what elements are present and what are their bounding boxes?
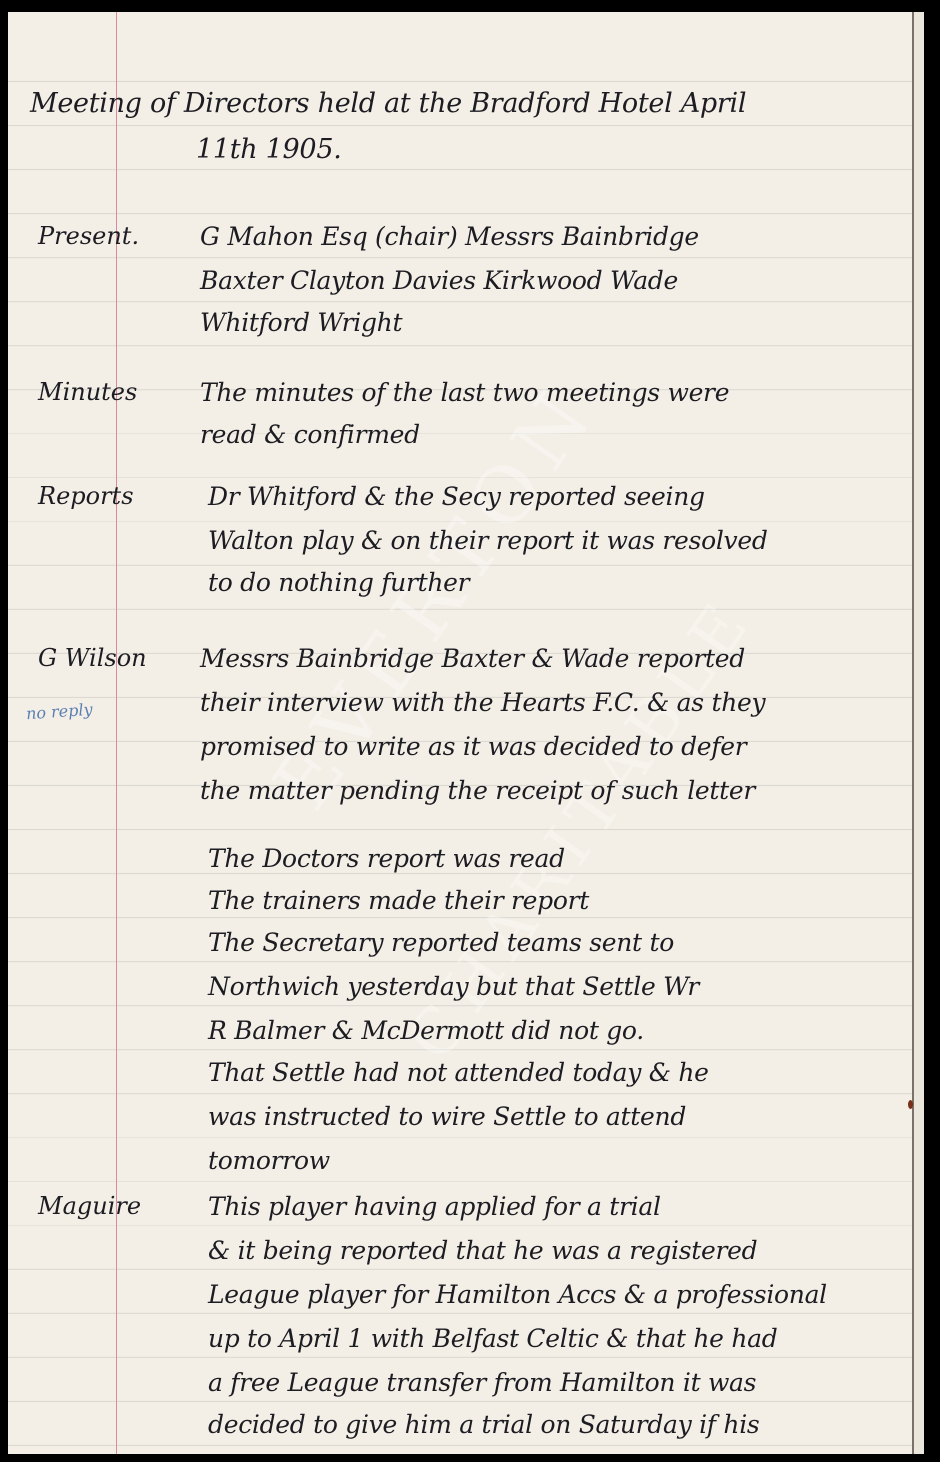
present-line: Baxter Clayton Davies Kirkwood Wade <box>200 266 678 295</box>
general-report-line: Northwich yesterday but that Settle Wr <box>208 972 699 1001</box>
heading-line-2: 11th 1905. <box>196 134 341 165</box>
present-line: Whitford Wright <box>200 308 402 337</box>
general-report-line: tomorrow <box>208 1146 330 1175</box>
maguire-line: This player having applied for a trial <box>208 1192 661 1221</box>
g-wilson-line: their interview with the Hearts F.C. & a… <box>200 688 765 717</box>
page-edge <box>912 12 924 1454</box>
present-line: G Mahon Esq (chair) Messrs Bainbridge <box>200 222 699 251</box>
section-label-present: Present. <box>38 222 139 250</box>
maguire-line: & it being reported that he was a regist… <box>208 1236 757 1265</box>
g-wilson-line: Messrs Bainbridge Baxter & Wade reported <box>200 644 745 673</box>
general-report-line: R Balmer & McDermott did not go. <box>208 1016 644 1045</box>
section-label-g-wilson: G Wilson <box>38 644 147 672</box>
minutes-line: The minutes of the last two meetings wer… <box>200 378 729 407</box>
section-label-minutes: Minutes <box>38 378 137 406</box>
general-report-line: The Doctors report was read <box>208 844 565 873</box>
general-report-line: The Secretary reported teams sent to <box>208 928 674 957</box>
maguire-line: up to April 1 with Belfast Celtic & that… <box>208 1324 777 1353</box>
general-report-line: The trainers made their report <box>208 886 589 915</box>
general-report-line: was instructed to wire Settle to attend <box>208 1102 686 1131</box>
reports-line: Dr Whitford & the Secy reported seeing <box>208 482 705 511</box>
g-wilson-line: the matter pending the receipt of such l… <box>200 776 755 805</box>
maguire-line: decided to give him a trial on Saturday … <box>208 1410 759 1439</box>
maguire-line: a free League transfer from Hamilton it … <box>208 1368 756 1397</box>
reports-line: to do nothing further <box>208 568 469 597</box>
minutes-line: read & confirmed <box>200 420 420 449</box>
pencil-margin-note: no reply <box>25 700 93 724</box>
reports-line: Walton play & on their report it was res… <box>208 526 768 555</box>
g-wilson-line: promised to write as it was decided to d… <box>200 732 746 761</box>
section-label-maguire: Maguire <box>38 1192 141 1220</box>
maguire-line: League player for Hamilton Accs & a prof… <box>208 1280 827 1309</box>
general-report-line: That Settle had not attended today & he <box>208 1058 709 1087</box>
ledger-page: EVERTON CHARITABLE Meeting of Directors … <box>8 12 912 1454</box>
section-label-reports: Reports <box>38 482 134 510</box>
heading-line-1: Meeting of Directors held at the Bradfor… <box>30 88 746 119</box>
ink-spot <box>908 1100 913 1109</box>
